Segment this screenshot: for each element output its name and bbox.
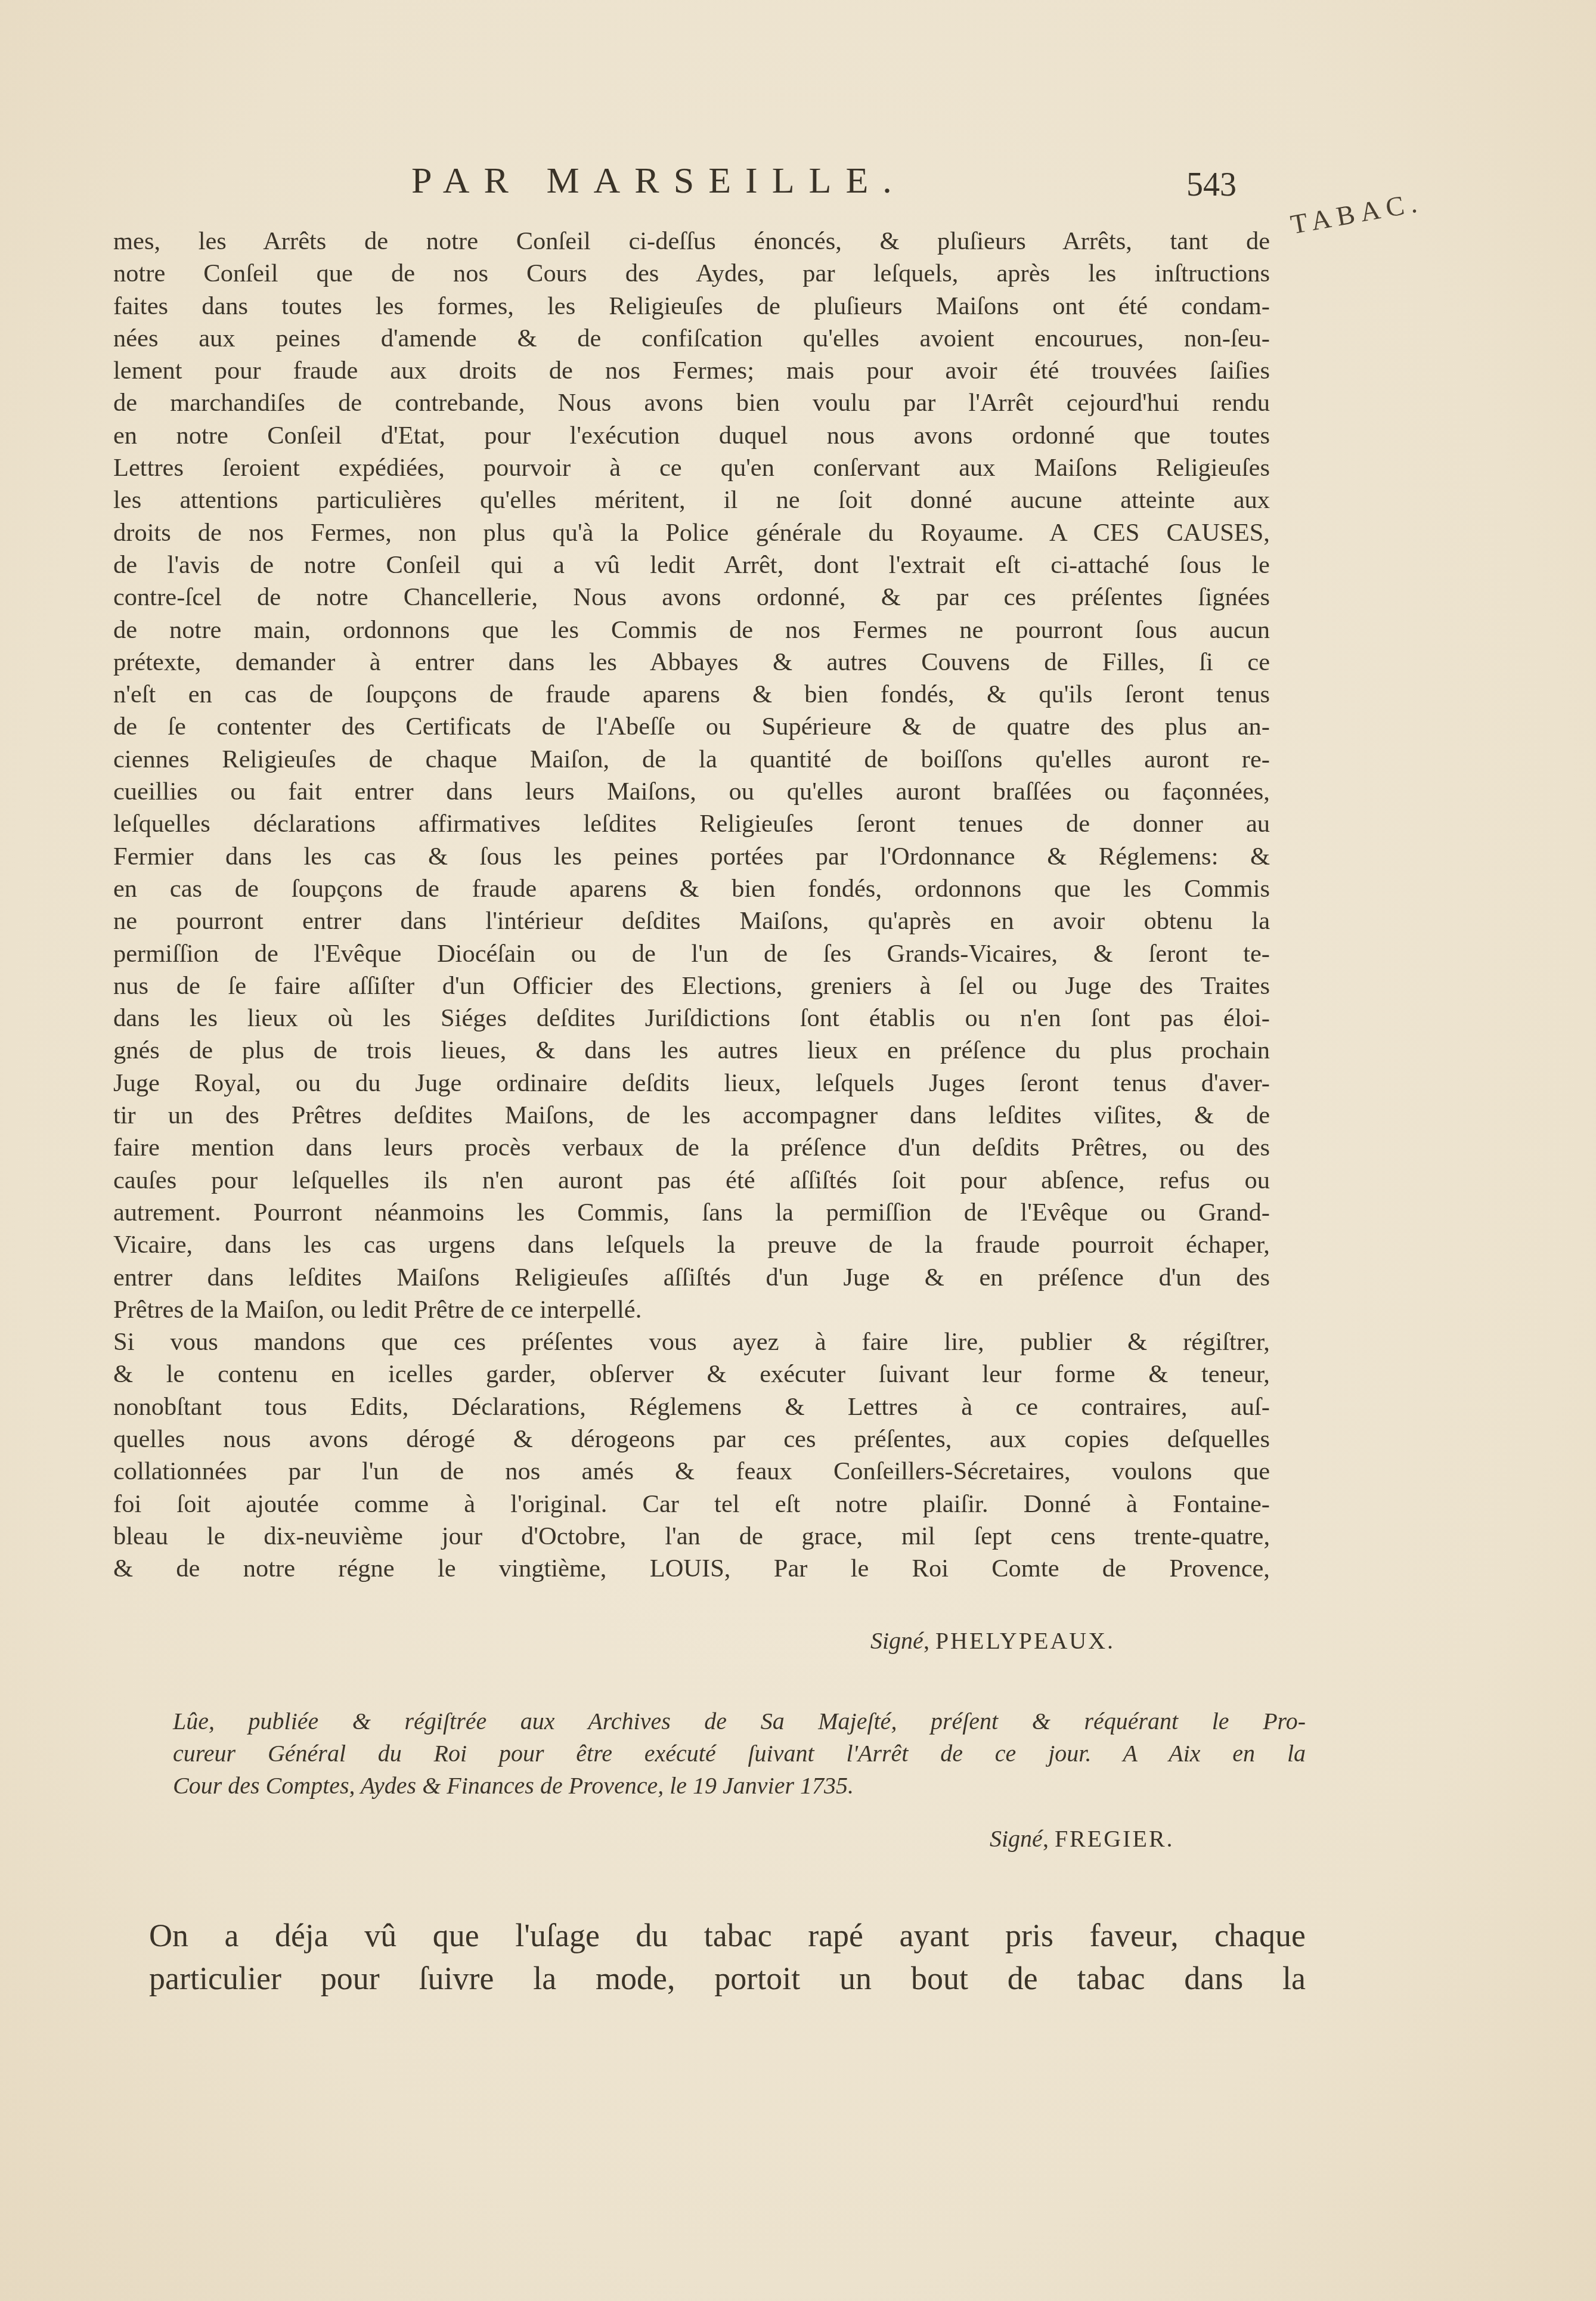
text-line: Vicaire, dans les cas urgens dans leſque…: [113, 1229, 1270, 1261]
text-line: contre-ſcel de notre Chancellerie, Nous …: [113, 581, 1270, 614]
book-page: PAR MARSEILLE. 543 TABAC. mes, les Arrêt…: [0, 0, 1596, 2301]
text-line: foi ſoit ajoutée comme à l'original. Car…: [113, 1488, 1270, 1520]
signature-prefix: Signé: [990, 1825, 1043, 1852]
text-line: & de notre régne le vingtième, LOUIS, Pa…: [113, 1553, 1270, 1585]
text-line: nus de ſe faire aſſiſter d'un Officier d…: [113, 970, 1270, 1002]
text-line: permiſſion de l'Evêque Diocéſain ou de l…: [113, 938, 1270, 970]
text-line: Cour des Comptes, Aydes & Finances de Pr…: [173, 1770, 1306, 1802]
text-line: en cas de ſoupçons de fraude aparens & b…: [113, 873, 1270, 905]
text-line: n'eſt en cas de ſoupçons de fraude apare…: [113, 679, 1270, 711]
text-line: Lettres ſeroient expédiées, pourvoir à c…: [113, 452, 1270, 484]
text-line: leſquelles déclarations affirmatives leſ…: [113, 808, 1270, 840]
text-line: nonobſtant tous Edits, Déclarations, Rég…: [113, 1391, 1270, 1423]
text-line: collationnées par l'un de nos amés & fea…: [113, 1455, 1270, 1488]
text-line: cureur Général du Roi pour être exécuté …: [173, 1738, 1306, 1770]
text-line: les attentions particulières qu'elles mé…: [113, 484, 1270, 516]
text-line: quelles nous avons dérogé & dérogeons pa…: [113, 1423, 1270, 1455]
text-line: particulier pour ſuivre la mode, portoit…: [149, 1957, 1306, 2000]
text-line: notre Conſeil que de nos Cours des Aydes…: [113, 258, 1270, 290]
text-line: Juge Royal, ou du Juge ordinaire deſdits…: [113, 1067, 1270, 1100]
text-line: de notre main, ordonnons que les Commis …: [113, 614, 1270, 646]
text-line: cauſes pour leſquelles ils n'en auront p…: [113, 1165, 1270, 1197]
margin-note: TABAC.: [1288, 186, 1425, 240]
text-line: prétexte, demander à entrer dans les Abb…: [113, 646, 1270, 679]
text-line: faites dans toutes les formes, les Relig…: [113, 290, 1270, 323]
text-line: dans les lieux où les Siéges deſdites Ju…: [113, 1002, 1270, 1035]
signature-name: PHELYPEAUX.: [935, 1627, 1115, 1654]
text-line: cueillies ou fait entrer dans leurs Maiſ…: [113, 776, 1270, 808]
text-line: de ſe contenter des Certificats de l'Abe…: [113, 711, 1270, 743]
text-line: Prêtres de la Maiſon, ou ledit Prêtre de…: [113, 1294, 1270, 1326]
text-line: gnés de plus de trois lieues, & dans les…: [113, 1035, 1270, 1067]
text-line: lement pour fraude aux droits de nos Fer…: [113, 355, 1270, 387]
text-line: Fermier dans les cas & ſous les peines p…: [113, 841, 1270, 873]
text-line: Lûe, publiée & régiſtrée aux Archives de…: [173, 1705, 1306, 1738]
page-number: 543: [1186, 166, 1236, 204]
text-line: Si vous mandons que ces préſentes vous a…: [113, 1326, 1270, 1358]
text-line: mes, les Arrêts de notre Conſeil ci-deſſ…: [113, 225, 1270, 258]
text-line: entrer dans leſdites Maiſons Religieuſes…: [113, 1262, 1270, 1294]
text-line: de l'avis de notre Conſeil qui a vû ledi…: [113, 549, 1270, 581]
page-header: PAR MARSEILLE. 543: [411, 160, 1246, 208]
text-line: nées aux peines d'amende & de confiſcati…: [113, 323, 1270, 355]
text-line: tir un des Prêtres deſdites Maiſons, de …: [113, 1100, 1270, 1132]
body-text: mes, les Arrêts de notre Conſeil ci-deſſ…: [113, 225, 1270, 1585]
registration-note: Lûe, publiée & régiſtrée aux Archives de…: [173, 1705, 1306, 1802]
text-line: de marchandiſes de contrebande, Nous avo…: [113, 387, 1270, 419]
text-line: On a déja vû que l'uſage du tabac rapé a…: [149, 1914, 1306, 1957]
text-line: en notre Conſeil d'Etat, pour l'exécutio…: [113, 420, 1270, 452]
text-line: ne pourront entrer dans l'intérieur deſd…: [113, 905, 1270, 937]
text-line: faire mention dans leurs procès verbaux …: [113, 1132, 1270, 1164]
signature-phelypeaux: Signé, PHELYPEAUX.: [870, 1627, 1115, 1655]
text-line: bleau le dix-neuvième jour d'Octobre, l'…: [113, 1520, 1270, 1553]
signature-prefix: Signé: [870, 1627, 923, 1654]
signature-fregier: Signé, FREGIER.: [990, 1825, 1174, 1853]
running-head: PAR MARSEILLE.: [411, 160, 906, 202]
signature-name: FREGIER.: [1055, 1825, 1174, 1852]
commentary-text: On a déja vû que l'uſage du tabac rapé a…: [149, 1914, 1306, 2000]
text-line: autrement. Pourront néanmoins les Commis…: [113, 1197, 1270, 1229]
text-line: & le contenu en icelles garder, obſerver…: [113, 1358, 1270, 1390]
text-line: ciennes Religieuſes de chaque Maiſon, de…: [113, 744, 1270, 776]
text-line: droits de nos Fermes, non plus qu'à la P…: [113, 517, 1270, 549]
